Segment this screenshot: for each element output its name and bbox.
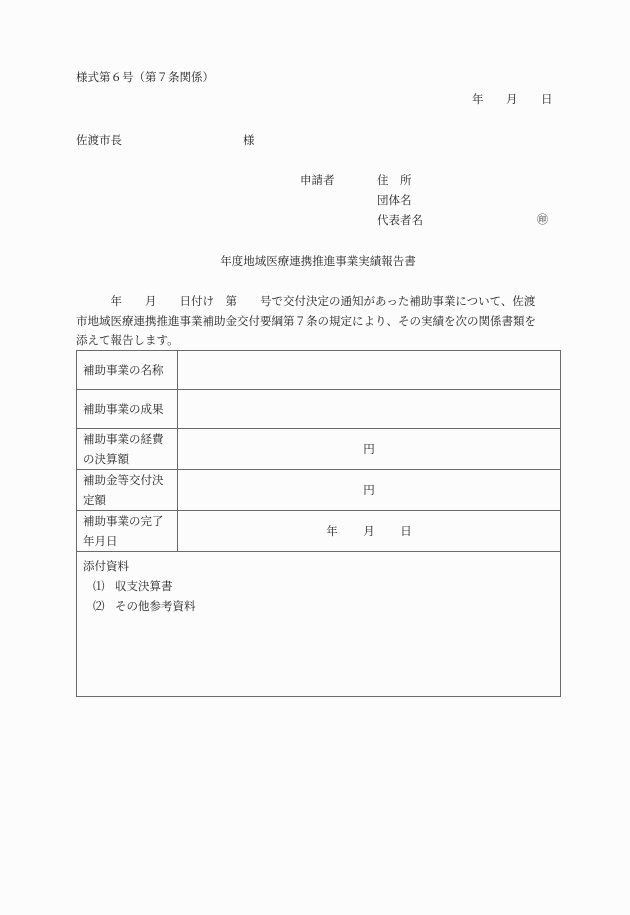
form-number: 様式第６号（第７条関係） (76, 69, 214, 85)
table-row-grant-amount: 補助金等交付決定額 円 (77, 470, 561, 511)
table-row-completion-date: 補助事業の完了年月日 年月日 (77, 511, 561, 552)
attachments-cell: 添付資料 ⑴収支決算書 ⑵その他参考資料 (77, 552, 561, 697)
date-day-label: 日 (541, 91, 553, 107)
project-name-field[interactable] (178, 351, 561, 390)
attachment-number: ⑴ (93, 576, 115, 596)
applicant-organization-label: 団体名 (377, 192, 412, 208)
attachment-text: 収支決算書 (115, 579, 173, 593)
completion-date-field[interactable]: 年月日 (178, 511, 561, 552)
row-label: 補助事業の経費の決算額 (77, 429, 178, 470)
date-year-label: 年 (472, 91, 506, 107)
completion-year-label: 年 (326, 523, 363, 539)
attachment-item: ⑴収支決算書 (83, 576, 554, 596)
grant-amount-field[interactable]: 円 (178, 470, 561, 511)
row-label: 補助金等交付決定額 (77, 470, 178, 511)
addressee-honorific: 様 (243, 132, 255, 148)
table-row-expense-settlement: 補助事業の経費の決算額 円 (77, 429, 561, 470)
table-row-project-results: 補助事業の成果 (77, 390, 561, 429)
submission-date: 年月日 (472, 91, 560, 107)
row-label: 補助事業の成果 (77, 390, 178, 429)
body-line: 年 月 日付け 第 号で交付決定の通知があった補助事業について、佐渡 (76, 292, 562, 312)
body-line: 添えて報告します。 (76, 331, 562, 351)
table-row-project-name: 補助事業の名称 (77, 351, 561, 390)
date-month-label: 月 (506, 91, 541, 107)
attachment-text: その他参考資料 (115, 599, 196, 613)
report-table: 補助事業の名称 補助事業の成果 補助事業の経費の決算額 円 補助金等交付決定額 … (76, 350, 561, 697)
addressee-name: 佐渡市長 (76, 133, 122, 147)
applicant-representative-label: 代表者名 (377, 212, 423, 228)
expense-settlement-field[interactable]: 円 (178, 429, 561, 470)
table-row-attachments: 添付資料 ⑴収支決算書 ⑵その他参考資料 (77, 552, 561, 697)
attachments-label: 添付資料 (83, 556, 554, 576)
applicant-label: 申請者 (300, 172, 335, 188)
addressee: 佐渡市長 様 (76, 132, 122, 148)
body-line: 市地域医療連携推進事業補助金交付要綱第７条の規定により、その実績を次の関係書類を (76, 312, 562, 332)
completion-month-label: 月 (363, 523, 400, 539)
attachment-item: ⑵その他参考資料 (83, 596, 554, 616)
attachment-number: ⑵ (93, 596, 115, 616)
row-label: 補助事業の完了年月日 (77, 511, 178, 552)
seal-icon: ㊞ (537, 211, 548, 227)
row-label: 補助事業の名称 (77, 351, 178, 390)
document-title: 年度地域医療連携推進事業実績報告書 (76, 253, 560, 269)
completion-day-label: 日 (400, 523, 412, 539)
applicant-address-label: 住 所 (377, 172, 412, 188)
body-text: 年 月 日付け 第 号で交付決定の通知があった補助事業について、佐渡 市地域医療… (76, 292, 562, 351)
project-results-field[interactable] (178, 390, 561, 429)
